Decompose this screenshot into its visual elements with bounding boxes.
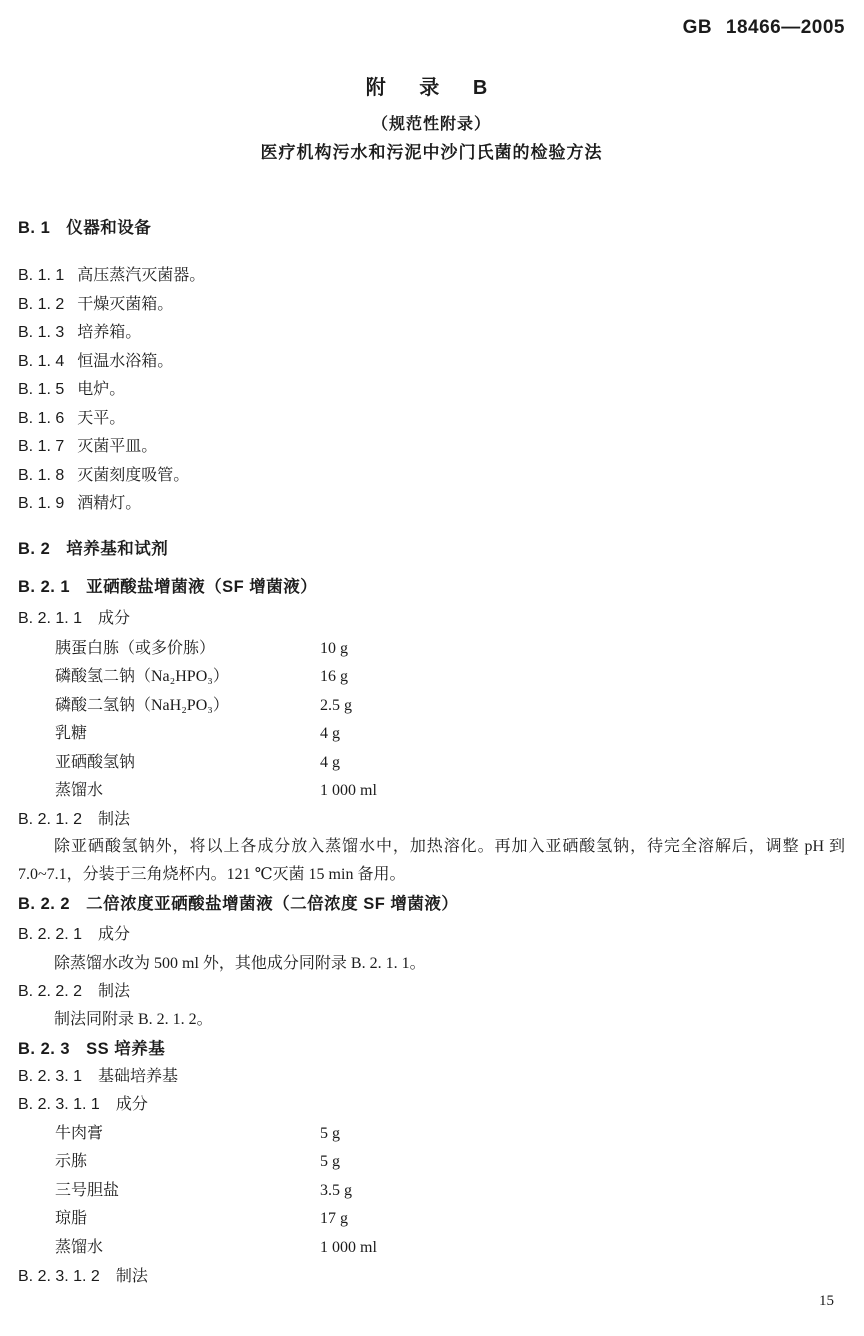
section-number: B. 2. 1 [18,578,70,596]
ingredient-row: 亚硒酸氢钠4 g [18,749,845,778]
ingredient-row: 蒸馏水1 000 ml [18,1234,845,1263]
section-b231-heading: B. 2. 3. 1基础培养基 [18,1065,845,1089]
standard-code: GB 18466—2005 [18,0,845,40]
section-number: B. 2. 3. 1. 2 [18,1268,100,1285]
clause-number: B. 1. 9 [18,495,64,512]
section-number: B. 2. 2. 2 [18,983,82,1000]
document-page: GB 18466—2005 附 录 B （规范性附录） 医疗机构污水和污泥中沙门… [0,0,864,1336]
section-number: B. 2 [18,540,50,558]
appendix-type: （规范性附录） [18,114,845,136]
ingredient-row: 琼脂17 g [18,1205,845,1234]
section-b212-heading: B. 2. 1. 2制法 [18,808,845,832]
section-number: B. 2. 3 [18,1040,70,1058]
clause-text: 除蒸馏水改为 500 ml 外，其他成分同附录 B. 2. 1. 1。 [18,950,845,979]
clause-row: B. 1. 8灭菌刻度吸管。 [18,462,845,491]
section-b222-heading: B. 2. 2. 2制法 [18,980,845,1004]
appendix-title: 附 录 B [18,74,845,102]
clause-text: 天平。 [77,410,125,427]
clause-text: 培养箱。 [77,324,141,341]
clause-row: B. 1. 5电炉。 [18,376,845,405]
ingredient-amount: 4 g [320,749,340,778]
clause-text: 酒精灯。 [77,495,141,512]
ingredient-name: 乳糖 [55,725,87,742]
section-b23-heading: B. 2. 3SS 培养基 [18,1037,845,1061]
section-b211-heading: B. 2. 1. 1成分 [18,607,845,631]
ingredient-name: 牛肉膏 [55,1125,103,1142]
section-label: 仪器和设备 [66,219,151,237]
clause-number: B. 1. 2 [18,296,64,313]
clause-row: B. 1. 9酒精灯。 [18,490,845,519]
section-label: 制法 [116,1268,148,1285]
section-b2311-heading: B. 2. 3. 1. 1成分 [18,1093,845,1117]
section-label: 亚硒酸盐增菌液（SF 增菌液） [86,578,317,596]
section-b2312-heading: B. 2. 3. 1. 2制法 [18,1265,845,1289]
clause-text: 制法同附录 B. 2. 1. 2。 [18,1006,845,1035]
clause-text: 恒温水浴箱。 [77,353,173,370]
section-label: 二倍浓度亚硒酸盐增菌液（二倍浓度 SF 增菌液） [86,895,458,913]
clause-row: B. 1. 1高压蒸汽灭菌器。 [18,262,845,291]
clause-row: B. 1. 6天平。 [18,405,845,434]
clause-row: B. 1. 7灭菌平皿。 [18,433,845,462]
ingredient-name: 三号胆盐 [55,1182,119,1199]
ingredient-name: 示胨 [55,1153,87,1170]
ingredient-amount: 1 000 ml [320,777,377,806]
clause-text: 干燥灭菌箱。 [77,296,173,313]
clause-text: 高压蒸汽灭菌器。 [77,267,205,284]
ingredient-name: 磷酸二氢钠（NaH₂PO₃） [55,697,229,714]
ingredient-amount: 17 g [320,1205,348,1234]
preparation-paragraph: 除亚硒酸氢钠外，将以上各成分放入蒸馏水中，加热溶化。再加入亚硒酸氢钠，待完全溶解… [18,833,845,890]
equipment-list: B. 1. 1高压蒸汽灭菌器。 B. 1. 2干燥灭菌箱。 B. 1. 3培养箱… [18,262,845,519]
ingredient-amount: 3.5 g [320,1177,352,1206]
clause-number: B. 1. 4 [18,353,64,370]
section-number: B. 2. 3. 1. 1 [18,1096,100,1113]
ingredient-row: 三号胆盐3.5 g [18,1177,845,1206]
section-b22-heading: B. 2. 2二倍浓度亚硒酸盐增菌液（二倍浓度 SF 增菌液） [18,892,845,916]
section-label: 成分 [98,610,130,627]
ingredient-row: 牛肉膏5 g [18,1120,845,1149]
ingredient-name: 磷酸氢二钠（Na₂HPO₃） [55,668,229,685]
section-label: 成分 [116,1096,148,1113]
section-label: 成分 [98,926,130,943]
section-b221-heading: B. 2. 2. 1成分 [18,923,845,947]
ingredient-row: 磷酸二氢钠（NaH₂PO₃）2.5 g [18,692,845,721]
clause-row: B. 1. 4恒温水浴箱。 [18,348,845,377]
ingredient-name: 琼脂 [55,1210,87,1227]
clause-number: B. 1. 3 [18,324,64,341]
ingredient-amount: 5 g [320,1148,340,1177]
appendix-name: 医疗机构污水和污泥中沙门氏菌的检验方法 [18,141,845,164]
ingredient-row: 示胨5 g [18,1148,845,1177]
section-number: B. 2. 1. 2 [18,811,82,828]
section-b21-heading: B. 2. 1亚硒酸盐增菌液（SF 增菌液） [18,575,845,599]
ingredient-amount: 5 g [320,1120,340,1149]
clause-number: B. 1. 1 [18,267,64,284]
section-number: B. 1 [18,219,50,237]
clause-text: 灭菌平皿。 [77,438,157,455]
ss-ingredient-list: 牛肉膏5 g 示胨5 g 三号胆盐3.5 g 琼脂17 g 蒸馏水1 000 m… [18,1120,845,1263]
clause-row: B. 1. 2干燥灭菌箱。 [18,291,845,320]
clause-number: B. 1. 7 [18,438,64,455]
clause-number: B. 1. 5 [18,381,64,398]
ingredient-amount: 4 g [320,720,340,749]
ingredient-name: 蒸馏水 [55,782,103,799]
ingredient-amount: 16 g [320,663,348,692]
section-b1-heading: B. 1仪器和设备 [18,216,845,240]
section-number: B. 2. 2 [18,895,70,913]
section-label: 培养基和试剂 [66,540,168,558]
section-label: 制法 [98,811,130,828]
section-b2-heading: B. 2培养基和试剂 [18,537,845,561]
section-number: B. 2. 3. 1 [18,1068,82,1085]
clause-text: 灭菌刻度吸管。 [77,467,189,484]
ingredient-row: 蒸馏水1 000 ml [18,777,845,806]
ingredient-amount: 1 000 ml [320,1234,377,1263]
page-number: 15 [819,1291,834,1311]
clause-row: B. 1. 3培养箱。 [18,319,845,348]
clause-number: B. 1. 8 [18,467,64,484]
ingredient-row: 胰蛋白胨（或多价胨）10 g [18,635,845,664]
ingredient-amount: 2.5 g [320,692,352,721]
section-number: B. 2. 2. 1 [18,926,82,943]
ingredient-name: 亚硒酸氢钠 [55,754,135,771]
section-label: SS 培养基 [86,1040,165,1058]
section-label: 基础培养基 [98,1068,178,1085]
ingredient-amount: 10 g [320,635,348,664]
ingredient-row: 磷酸氢二钠（Na₂HPO₃）16 g [18,663,845,692]
ingredient-name: 胰蛋白胨（或多价胨） [55,640,215,657]
section-number: B. 2. 1. 1 [18,610,82,627]
ingredient-row: 乳糖4 g [18,720,845,749]
sf-ingredient-list: 胰蛋白胨（或多价胨）10 g 磷酸氢二钠（Na₂HPO₃）16 g 磷酸二氢钠（… [18,635,845,806]
clause-number: B. 1. 6 [18,410,64,427]
ingredient-name: 蒸馏水 [55,1239,103,1256]
clause-text: 电炉。 [77,381,125,398]
section-label: 制法 [98,983,130,1000]
